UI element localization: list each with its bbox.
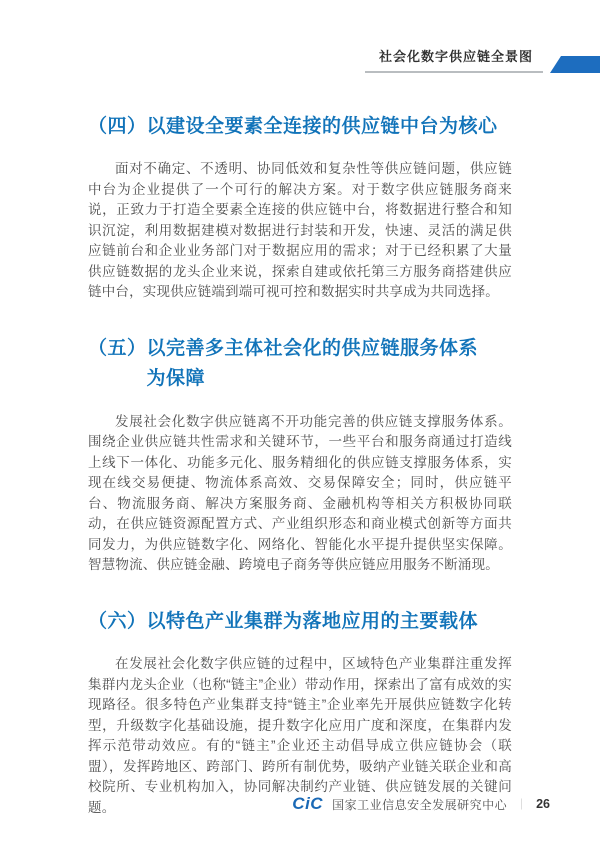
section-4-paragraph: 面对不确定、不透明、协同低效和复杂性等供应链问题，供应链中台为企业提供了一个可行… (88, 159, 512, 303)
section-5-heading: （五） 以完善多主体社会化的供应链服务体系 为保障 (88, 334, 512, 395)
section-4: （四） 以建设全要素全连接的供应链中台为核心 面对不确定、不透明、协同低效和复杂… (88, 112, 512, 303)
document-page: 社会化数字供应链全景图 （四） 以建设全要素全连接的供应链中台为核心 面对不确定… (0, 0, 600, 844)
section-6: （六） 以特色产业集群为落地应用的主要载体 在发展社会化数字供应链的过程中，区域… (88, 607, 512, 818)
cic-logo: CiC (292, 794, 323, 814)
section-6-heading-number: （六） (88, 607, 147, 637)
footer-separator: ｜ (516, 796, 527, 812)
page-body: （四） 以建设全要素全连接的供应链中台为核心 面对不确定、不透明、协同低效和复杂… (88, 112, 512, 844)
section-6-heading: （六） 以特色产业集群为落地应用的主要载体 (88, 607, 512, 637)
section-6-heading-text: 以特色产业集群为落地应用的主要载体 (147, 607, 479, 637)
section-5-paragraph: 发展社会化数字供应链离不开功能完善的供应链支撑服务体系。围绕企业供应链共性需求和… (88, 412, 512, 576)
section-4-heading-text: 以建设全要素全连接的供应链中台为核心 (147, 112, 498, 142)
page-header: 社会化数字供应链全景图 (0, 46, 600, 73)
running-head-title: 社会化数字供应链全景图 (379, 49, 533, 64)
page-number: 26 (536, 797, 550, 811)
section-4-heading-number: （四） (88, 112, 147, 142)
section-4-heading: （四） 以建设全要素全连接的供应链中台为核心 (88, 112, 512, 142)
section-5-heading-number: （五） (88, 334, 147, 364)
section-5: （五） 以完善多主体社会化的供应链服务体系 为保障 发展社会化数字供应链离不开功… (88, 334, 512, 576)
footer-organization: 国家工业信息安全发展研究中心 (332, 796, 507, 813)
page-footer: CiC 国家工业信息安全发展研究中心 ｜ 26 (292, 794, 550, 814)
section-5-heading-text: 以完善多主体社会化的供应链服务体系 为保障 (147, 334, 479, 395)
running-head-underline: 社会化数字供应链全景图 (365, 46, 543, 73)
header-flag-shape (550, 56, 600, 73)
